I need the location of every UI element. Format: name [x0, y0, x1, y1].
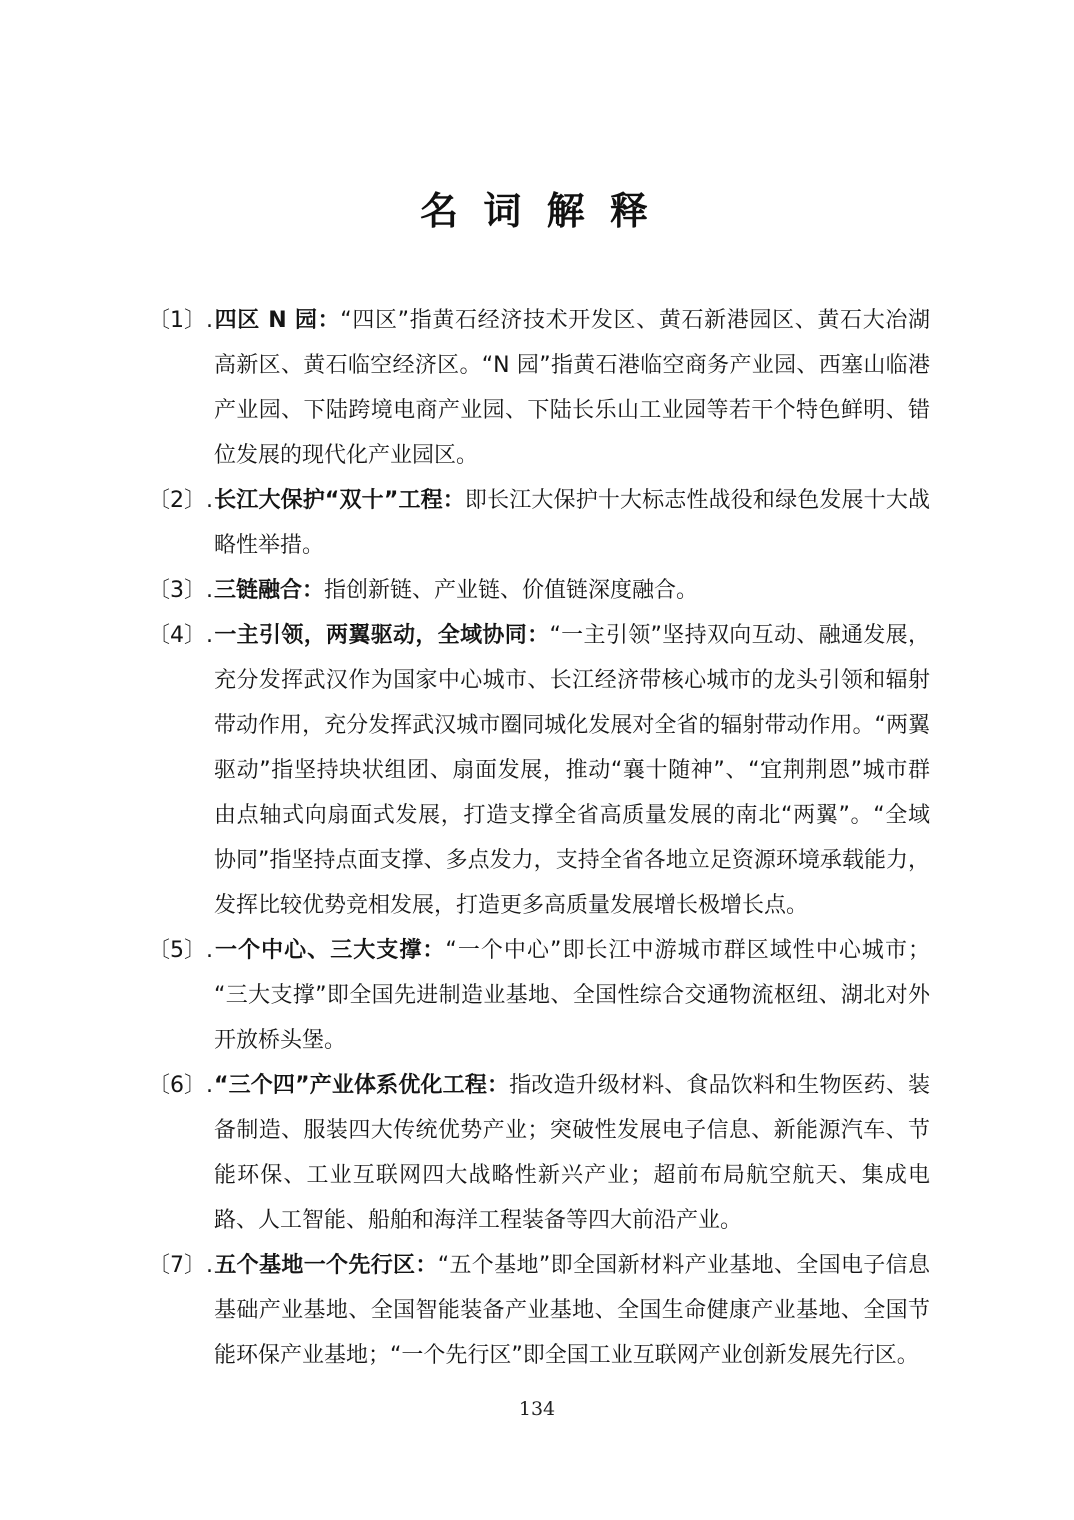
- glossary-item-6: 〔6〕.“三个四”产业体系优化工程：指改造升级材料、食品饮料和生物医药、装备制造…: [148, 1063, 930, 1243]
- glossary-item-5: 〔5〕.一个中心、三大支撑：“一个中心”即长江中游城市群区域性中心城市；“三大支…: [148, 928, 930, 1063]
- item-number: 〔2〕.: [148, 478, 214, 523]
- glossary-item-1: 〔1〕.四区 N 园：“四区”指黄石经济技术开发区、黄石新港园区、黄石大冶湖高新…: [148, 298, 930, 478]
- item-term: 四区 N 园：: [214, 308, 340, 333]
- item-term: 三链融合：: [214, 578, 324, 603]
- item-number: 〔1〕.: [148, 298, 214, 343]
- item-term: “三个四”产业体系优化工程：: [214, 1073, 509, 1098]
- glossary-item-4: 〔4〕.一主引领，两翼驱动，全域协同：“一主引领”坚持双向互动、融通发展，充分发…: [148, 613, 930, 928]
- item-number: 〔7〕.: [148, 1243, 214, 1288]
- item-number: 〔6〕.: [148, 1063, 214, 1108]
- glossary-item-7: 〔7〕.五个基地一个先行区：“五个基地”即全国新材料产业基地、全国电子信息基础产…: [148, 1243, 930, 1378]
- page-number: 134: [519, 1398, 555, 1420]
- item-number: 〔5〕.: [148, 928, 214, 973]
- item-number: 〔3〕.: [148, 568, 214, 613]
- item-term: 五个基地一个先行区：: [214, 1253, 438, 1278]
- item-number: 〔4〕.: [148, 613, 214, 658]
- item-term: 长江大保护“双十”工程：: [214, 488, 465, 513]
- page-footer: 134: [0, 1398, 1074, 1420]
- item-body: “一主引领”坚持双向互动、融通发展，充分发挥武汉作为国家中心城市、长江经济带核心…: [214, 623, 930, 918]
- item-body: 指创新链、产业链、价值链深度融合。: [324, 578, 698, 603]
- document-page: 名 词 解 释 〔1〕.四区 N 园：“四区”指黄石经济技术开发区、黄石新港园区…: [0, 0, 1074, 1520]
- glossary-item-2: 〔2〕.长江大保护“双十”工程：即长江大保护十大标志性战役和绿色发展十大战略性举…: [148, 478, 930, 568]
- item-term: 一个中心、三大支撑：: [214, 938, 445, 963]
- glossary-item-3: 〔3〕.三链融合：指创新链、产业链、价值链深度融合。: [148, 568, 930, 613]
- item-term: 一主引领，两翼驱动，全域协同：: [214, 623, 549, 648]
- glossary-list: 〔1〕.四区 N 园：“四区”指黄石经济技术开发区、黄石新港园区、黄石大冶湖高新…: [148, 298, 930, 1378]
- page-title: 名 词 解 释: [0, 0, 1074, 234]
